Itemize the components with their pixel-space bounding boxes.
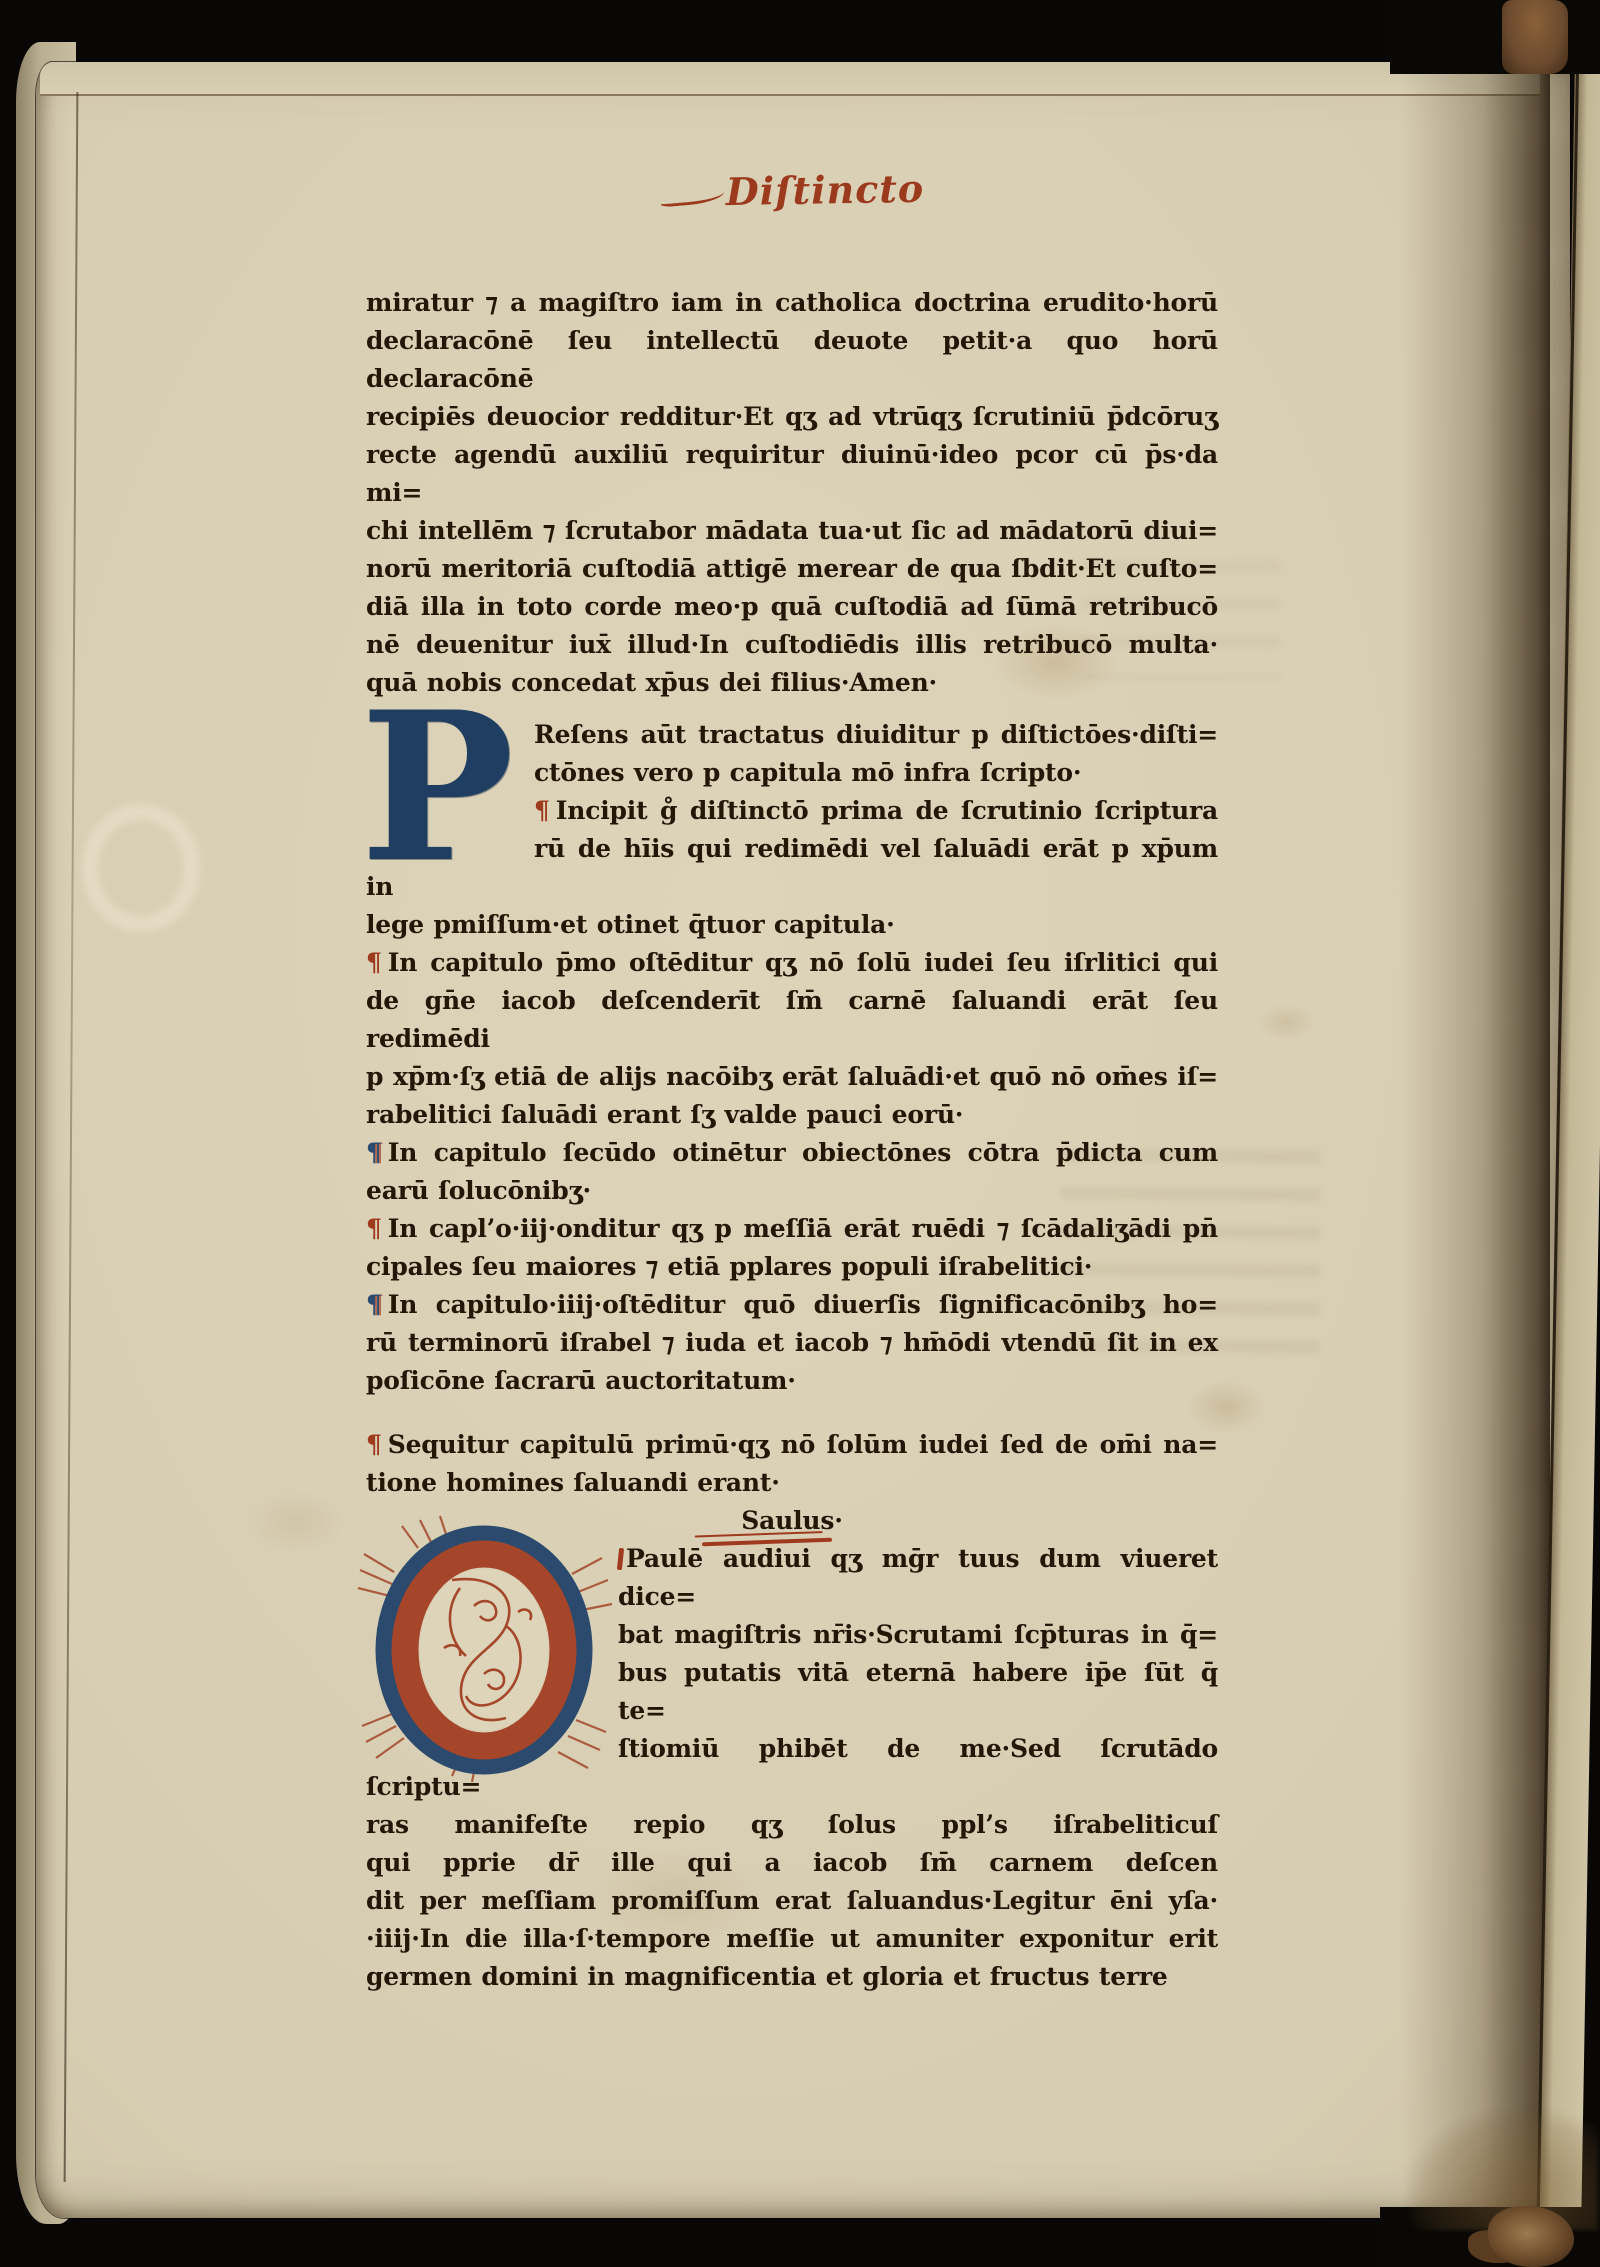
pen-flourish [659,185,724,208]
text-line: ¶In capitulo ſecūdo otinētur obiectōnes … [366,1134,1218,1172]
text-line: recipiēs deuocior redditur·Et qʒ ad vtrū… [366,398,1218,436]
intro-paragraph: miratur ⁊ a magiſtro iam in catholica do… [366,284,1218,702]
binding-leather-fragment [1502,0,1568,74]
text-line: dit per meſſiam promiſſum erat ſaluandus… [366,1882,1218,1920]
presens-paragraph: P Reſens aūt tractatus diuiditur p diſti… [366,716,1218,944]
text-line: chi intellēm ⁊ ſcrutabor mādata tua·ut ſ… [366,512,1218,550]
running-title-text: Diſtincto [725,166,924,214]
text-line: cipales ſeu maiores ⁊ etiā pplares popul… [366,1248,1218,1286]
text-line: ·iiij·In die illa·ſ·tempore meſſie ut am… [366,1920,1218,1958]
watermark-ring [82,804,200,932]
o-paulae-paragraph: O [366,1540,1218,1996]
chapter1-summary: ¶In capitulo p̄mo oſtēditur qʒ nō ſolū i… [366,944,1218,1134]
decorated-initial-O: O [366,1540,618,1760]
text-line: declaracōnē ſeu intellectū deuote petit·… [366,322,1218,398]
scanned-book-photo: { "page": { "running_title": "Diſtincto"… [0,0,1600,2267]
pilcrow-icon: ¶ [366,1138,382,1167]
decorated-initial-P: P [366,716,534,866]
pilcrow-icon: ¶ [366,1430,382,1459]
text-line: diā illa in toto corde meo·p quā cuſtodi… [366,588,1218,626]
pilcrow-icon: ¶ [534,796,550,825]
text-line: norū meritoriā cuſtodiā attigē merear de… [366,550,1218,588]
pilcrow-icon: ¶ [366,1290,382,1319]
text-line: ¶Sequitur capitulū primū·qʒ nō ſolūm iud… [366,1426,1218,1464]
text-column: miratur ⁊ a magiſtro iam in catholica do… [366,284,1218,1996]
text-line: tione homines ſaluandi erant· [366,1464,1218,1502]
sequitur-paragraph: ¶Sequitur capitulū primū·qʒ nō ſolūm iud… [366,1426,1218,1502]
text-line: ¶In capl’o·iij·onditur qʒ p meſſiā erāt … [366,1210,1218,1248]
red-touch-mark [617,1548,624,1570]
text-line: earū ſolucōnibʒ· [366,1172,1218,1210]
background-corner [1390,0,1600,74]
text-line: ras manifeſte repio qʒ ſolus ppl’s iſrab… [366,1806,1218,1844]
text-line: rabelitici ſaluādi erant ſʒ valde pauci … [366,1096,1218,1134]
pilcrow-icon: ¶ [366,1214,382,1243]
initial-O-artwork [356,1514,618,1794]
initial-letter-P: P [360,698,514,878]
text-line: de gn̄e iacob deſcenderīt ſm̄ carnē ſalu… [366,982,1218,1058]
chapter4-summary: ¶In capitulo·iiij·oſtēditur quō diuerſis… [366,1286,1218,1400]
page-top-fold [40,62,1540,96]
pilcrow-icon: ¶ [366,948,382,977]
text-line: germen domini in magnificentia et gloria… [366,1958,1218,1996]
text-line: miratur ⁊ a magiſtro iam in catholica do… [366,284,1218,322]
chapter3-summary: ¶In capl’o·iij·onditur qʒ p meſſiā erāt … [366,1210,1218,1286]
text-line: p xp̄m·ſʒ etiā de alijs nacōibʒ erāt ſal… [366,1058,1218,1096]
text-line: poſicōne ſacrarū auctoritatum· [366,1362,1218,1400]
text-line: recte agendū auxiliū requiritur diuinū·i… [366,436,1218,512]
text-line: ¶In capitulo·iiij·oſtēditur quō diuerſis… [366,1286,1218,1324]
text-line: lege pmiſſum·et otinet q̄tuor capitula· [366,906,1218,944]
text-line: ¶In capitulo p̄mo oſtēditur qʒ nō ſolū i… [366,944,1218,982]
text-line: rū terminorū iſrabel ⁊ iuda et iacob ⁊ h… [366,1324,1218,1362]
text-line: nē deuenitur iux̄ illud·In cuſtodiēdis i… [366,626,1218,664]
text-line: qui pprie dr̄ ille qui a iacob ſm̄ carne… [366,1844,1218,1882]
chapter2-summary: ¶In capitulo ſecūdo otinētur obiectōnes … [366,1134,1218,1210]
